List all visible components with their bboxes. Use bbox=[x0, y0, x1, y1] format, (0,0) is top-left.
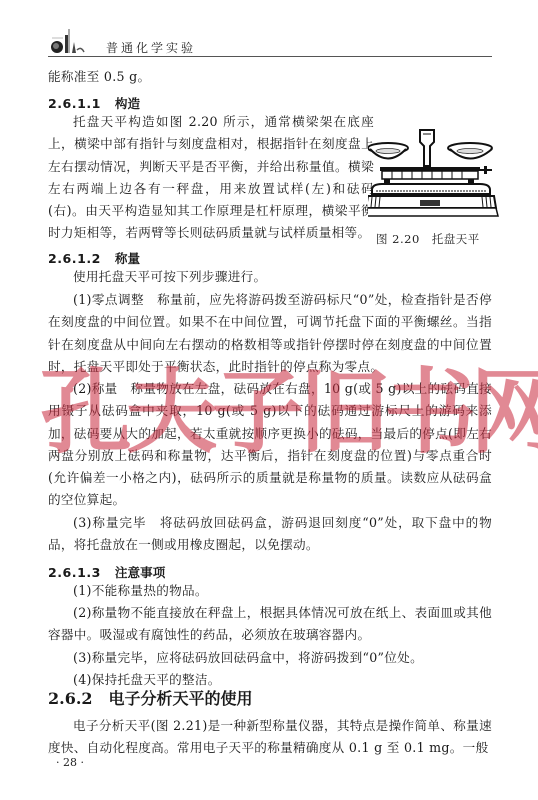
section-title: 构造 bbox=[115, 96, 140, 111]
section-number: 2.6.2 bbox=[48, 689, 93, 708]
paragraph-structure: 托盘天平构造如图 2.20 所示，通常横梁架在底座上，横梁中部有指针与刻度盘相对… bbox=[48, 111, 374, 245]
platform-balance-illustration bbox=[368, 120, 500, 220]
section-title: 称量 bbox=[115, 251, 140, 266]
page-header: 普通化学实验 bbox=[48, 26, 492, 57]
section-number: 2.6.1.1 bbox=[48, 96, 101, 111]
paragraph-electronic-balance: 电子分析天平(图 2.21)是一种新型称量仪器，其特点是操作简单、称量速度快、自… bbox=[48, 715, 492, 760]
page-number: · 28 · bbox=[56, 756, 84, 769]
figure-caption: 图 2.20托盘天平 bbox=[376, 231, 480, 247]
section-heading-2611: 2.6.1.1构造 bbox=[48, 93, 140, 112]
intro-line: 能称准至 0.5 g。 bbox=[48, 66, 492, 88]
note-2: (2)称量物不能直接放在秤盘上，根据具体情况可放在纸上、表面皿或其他容器中。吸湿… bbox=[48, 602, 492, 647]
paragraph-step3: (3)称量完毕 将砝码放回砝码盒，游码退回刻度“0”处，取下盘中的物品，将托盘放… bbox=[48, 512, 492, 557]
note-3: (3)称量完毕，应将砝码放回砝码盒中，将游码拨到“0”位处。 bbox=[48, 647, 492, 669]
paragraph-steps-intro: 使用托盘天平可按下列步骤进行。 bbox=[48, 266, 492, 288]
note-1: (1)不能称量热的物品。 bbox=[48, 580, 492, 602]
figure-title: 托盘天平 bbox=[432, 232, 480, 246]
section-heading-2612: 2.6.1.2称量 bbox=[48, 248, 140, 267]
section-heading-2613: 2.6.1.3注意事项 bbox=[48, 562, 165, 581]
paragraph-step2: (2)称量 称量物放在左盘，砝码放在右盘，10 g(或 5 g)以上的砝码直接用… bbox=[48, 378, 492, 512]
running-title: 普通化学实验 bbox=[106, 39, 196, 56]
section-heading-262: 2.6.2电子分析天平的使用 bbox=[48, 686, 253, 709]
section-title: 注意事项 bbox=[115, 565, 165, 580]
figure-label: 图 2.20 bbox=[376, 232, 420, 246]
section-number: 2.6.1.3 bbox=[48, 565, 101, 580]
paragraph-step1: (1)零点调整 称量前，应先将游码拨至游码标尺“0”处，检查指针是否停在刻度盘的… bbox=[48, 289, 492, 378]
section-title: 电子分析天平的使用 bbox=[109, 689, 253, 708]
section-number: 2.6.1.2 bbox=[48, 251, 101, 266]
lab-glassware-icon bbox=[50, 28, 92, 54]
